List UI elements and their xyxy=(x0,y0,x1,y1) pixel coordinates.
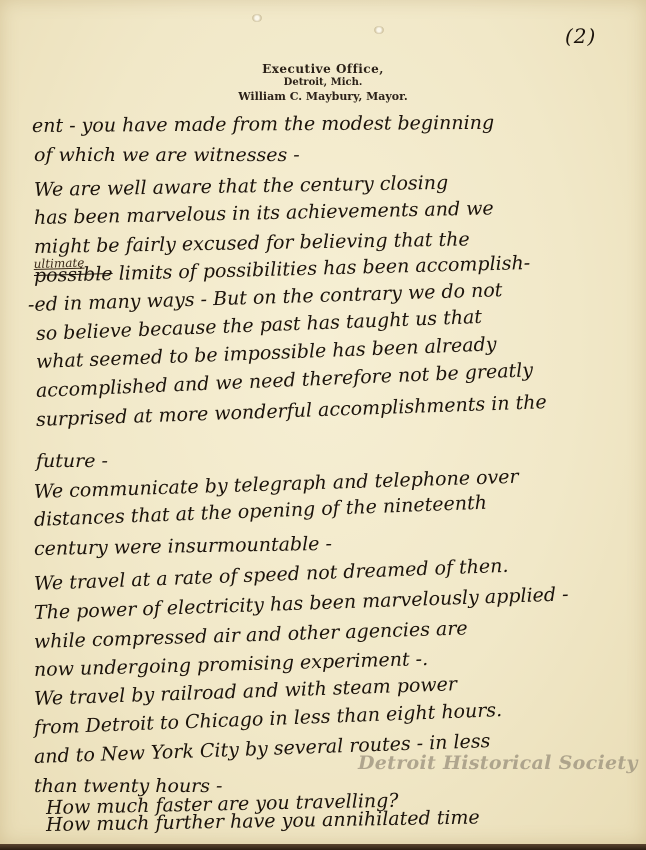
punch-hole xyxy=(252,14,262,22)
letterhead: Executive Office, Detroit, Mich. William… xyxy=(0,62,646,104)
watermark: Detroit Historical Society xyxy=(358,752,638,774)
text-line: of which we are witnesses - xyxy=(34,141,634,170)
handwritten-body: ent - you have made from the modest begi… xyxy=(38,112,638,832)
punch-hole xyxy=(374,26,384,34)
inserted-word: ultimate xyxy=(33,249,84,279)
letter-page: (2) Executive Office, Detroit, Mich. Wil… xyxy=(0,0,646,844)
letterhead-office: Executive Office, xyxy=(0,62,646,76)
letterhead-city: Detroit, Mich. xyxy=(0,76,646,90)
page-number: (2) xyxy=(565,24,596,48)
letterhead-mayor: William C. Maybury, Mayor. xyxy=(0,90,646,104)
text-line: ent - you have made from the modest begi… xyxy=(32,108,632,141)
scan-bottom-edge xyxy=(0,844,646,850)
